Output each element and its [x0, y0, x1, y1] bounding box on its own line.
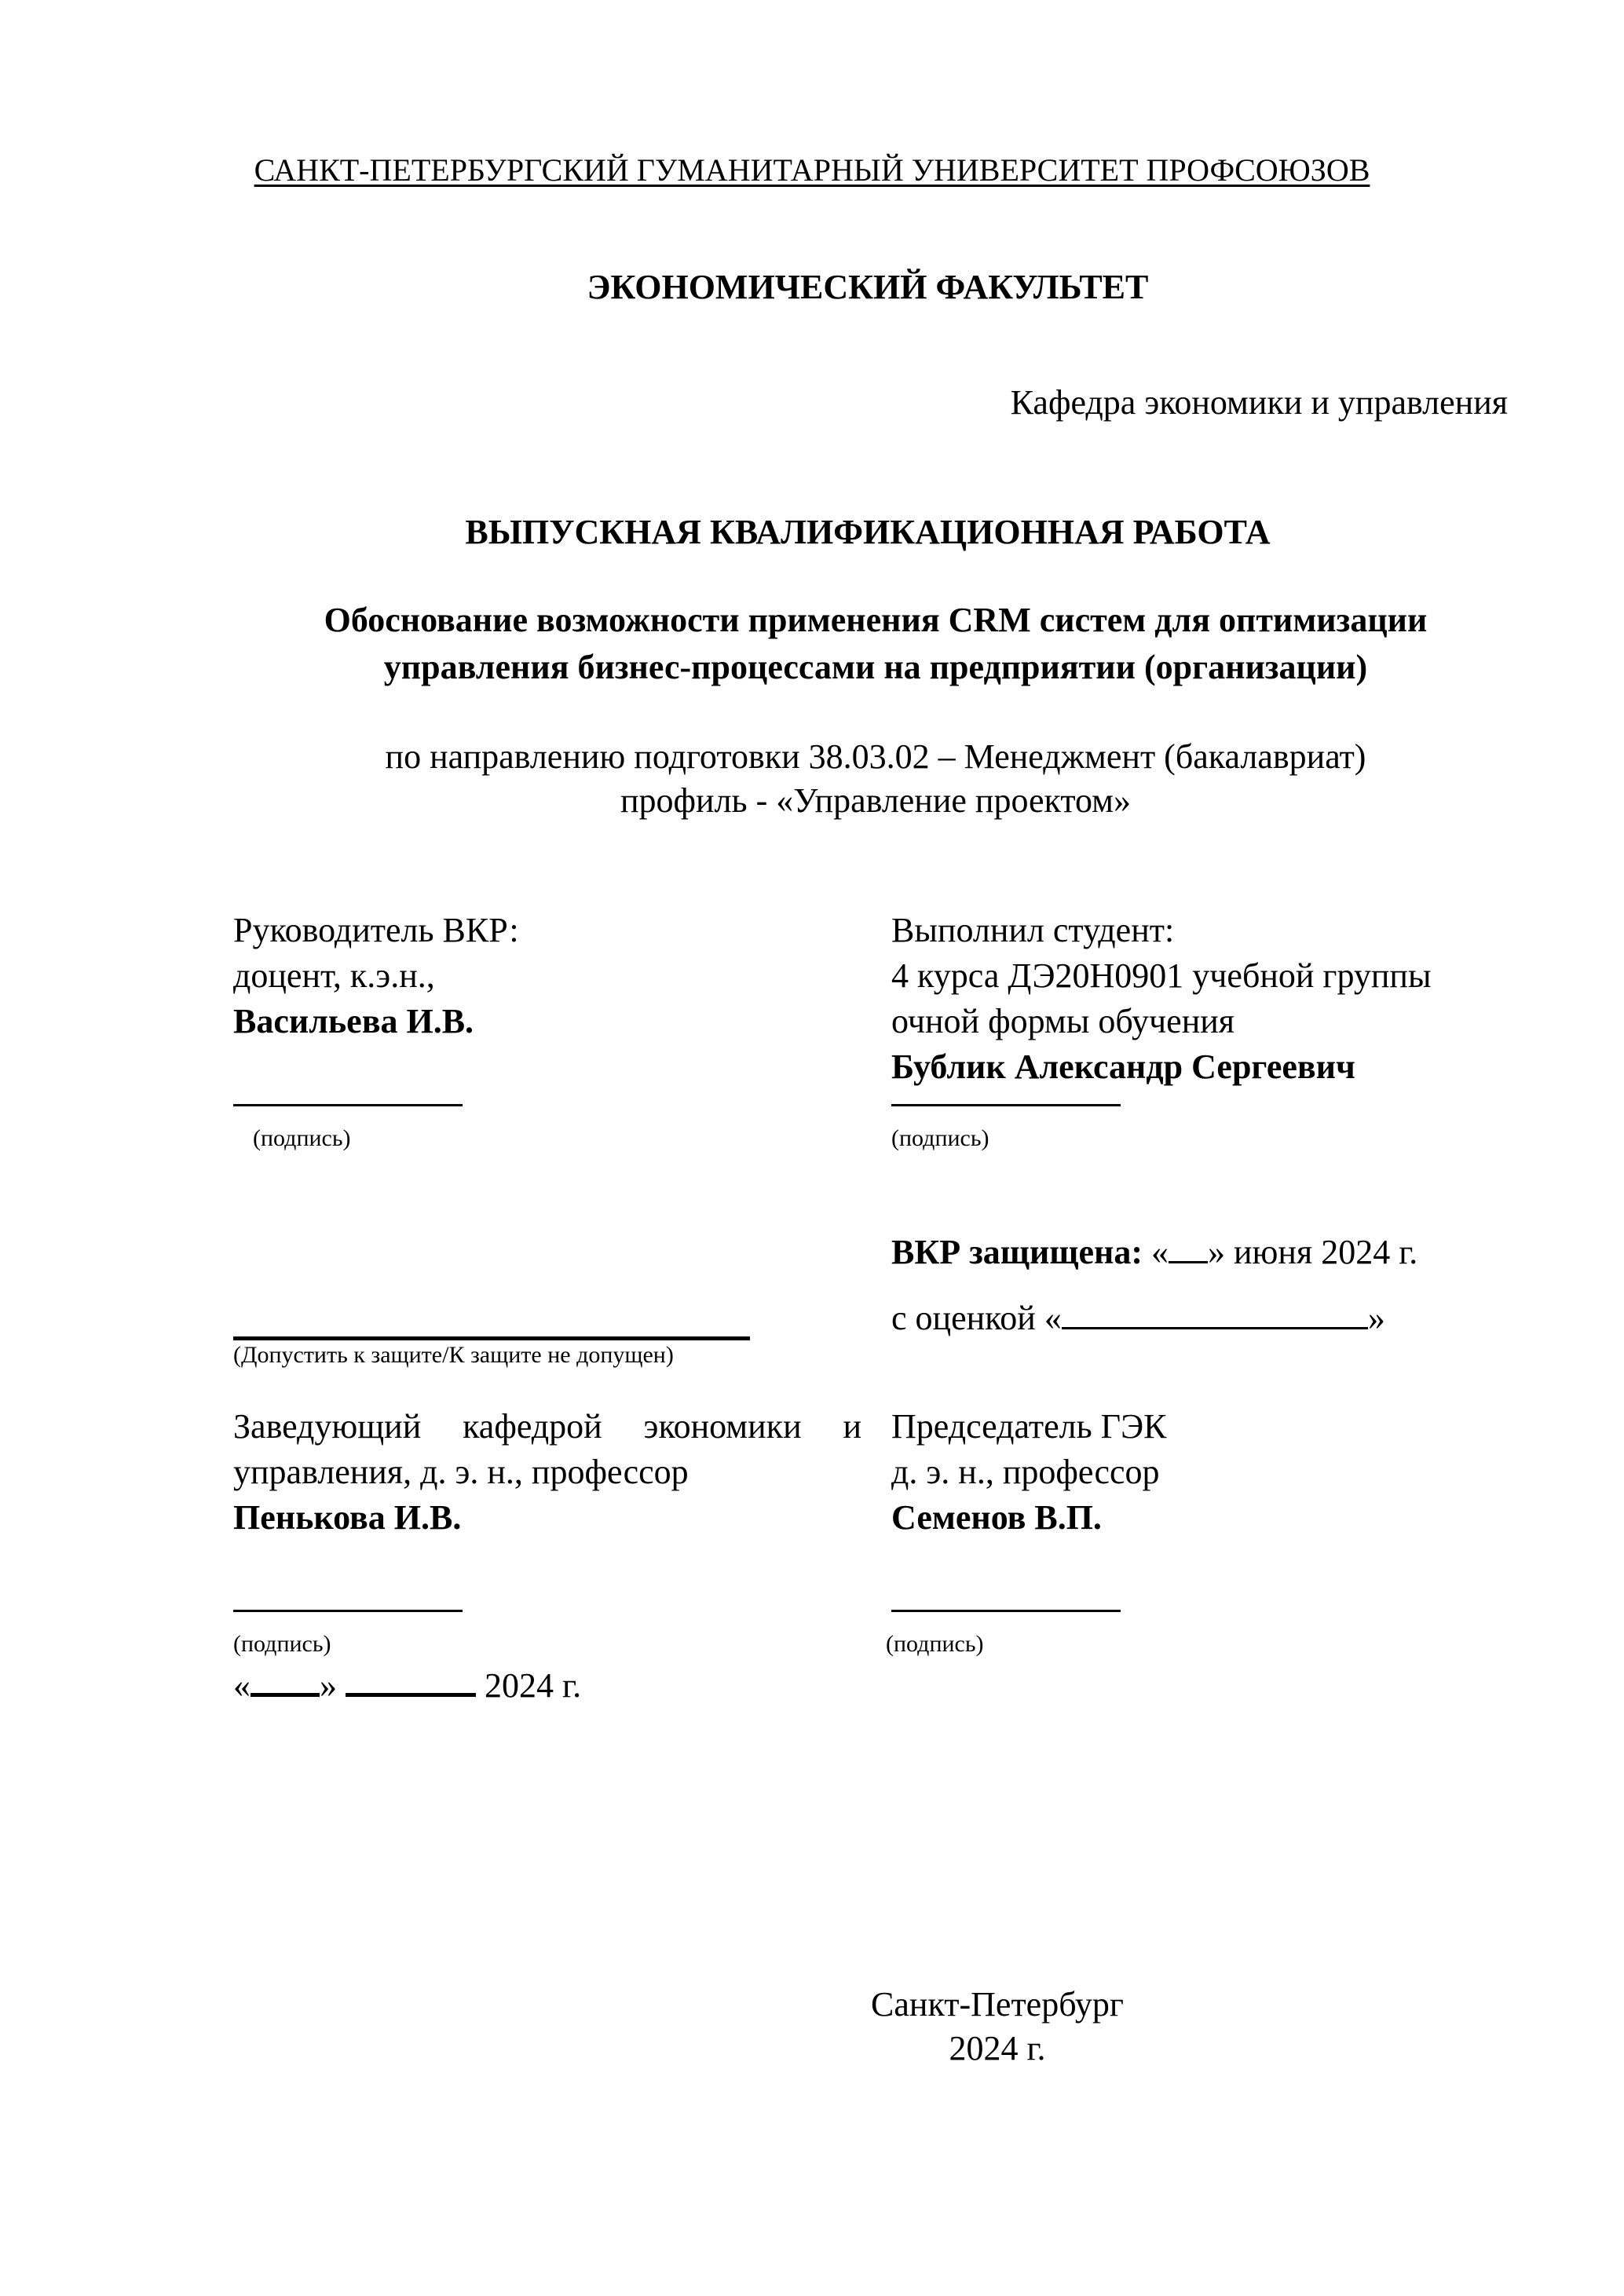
head-title-line-2: управления, д. э. н., профессор	[233, 1450, 861, 1495]
footer-block: Санкт-Петербург 2024 г.	[0, 1983, 1624, 2071]
gek-chair-name: Семенов В.П.	[891, 1495, 1167, 1541]
study-direction: по направлению подготовки 38.03.02 – Мен…	[0, 735, 1624, 779]
study-profile: профиль - «Управление проектом»	[0, 779, 1624, 823]
supervisor-block: Руководитель ВКР: доцент, к.э.н., Василь…	[233, 908, 519, 1044]
faculty-name: ЭКОНОМИЧЕСКИЙ ФАКУЛЬТЕТ	[0, 267, 1624, 307]
gek-signature-line	[891, 1602, 1121, 1616]
gek-chair-title: д. э. н., профессор	[891, 1450, 1167, 1495]
head-signature-line	[233, 1602, 463, 1616]
grade-label: с оценкой «	[891, 1299, 1062, 1337]
head-date-month-field[interactable]	[346, 1693, 476, 1697]
footer-year: 2024 г.	[0, 2027, 1624, 2071]
head-of-department-block: Заведующий кафедрой экономики и управлен…	[233, 1404, 861, 1541]
university-name: САНКТ-ПЕТЕРБУРГСКИЙ ГУМАНИТАРНЫЙ УНИВЕРС…	[0, 151, 1624, 190]
gek-chair-label: Председатель ГЭК	[891, 1404, 1167, 1450]
defense-open-quote: «	[1151, 1233, 1169, 1271]
department-name: Кафедра экономики и управления	[1011, 380, 1508, 426]
student-group: 4 курса ДЭ20Н0901 учебной группы	[891, 953, 1432, 999]
defense-grade-line: с оценкой «»	[891, 1296, 1385, 1341]
supervisor-title: доцент, к.э.н.,	[233, 953, 519, 999]
defense-label: ВКР защищена:	[891, 1233, 1143, 1271]
student-form: очной формы обучения	[891, 999, 1432, 1044]
footer-city: Санкт-Петербург	[0, 1983, 1624, 2027]
defense-date-line: ВКР защищена: «» июня 2024 г.	[891, 1230, 1417, 1275]
student-signature-caption: (подпись)	[891, 1124, 989, 1153]
thesis-topic: Обоснование возможности применения CRM с…	[0, 597, 1624, 691]
admission-caption: (Допустить к защите/К защите не допущен)	[233, 1341, 674, 1369]
head-signature-caption: (подпись)	[233, 1630, 331, 1658]
defense-close-quote: »	[1208, 1233, 1225, 1271]
student-label: Выполнил студент:	[891, 908, 1432, 953]
student-block: Выполнил студент: 4 курса ДЭ20Н0901 учеб…	[891, 908, 1432, 1090]
head-title-line-1: Заведующий кафедрой экономики и	[233, 1404, 861, 1450]
head-date-year: 2024 г.	[485, 1666, 581, 1705]
head-date-line: «» 2024 г.	[233, 1663, 581, 1709]
student-signature-line	[891, 1096, 1121, 1110]
head-date-open-quote: «	[233, 1666, 251, 1705]
grade-field[interactable]	[1062, 1327, 1368, 1329]
supervisor-signature-line	[233, 1096, 463, 1110]
gek-signature-caption: (подпись)	[886, 1630, 984, 1658]
study-direction-block: по направлению подготовки 38.03.02 – Мен…	[0, 735, 1624, 823]
head-name: Пенькова И.В.	[233, 1495, 861, 1541]
university-name-text: САНКТ-ПЕТЕРБУРГСКИЙ ГУМАНИТАРНЫЙ УНИВЕРС…	[254, 152, 1370, 188]
supervisor-label: Руководитель ВКР:	[233, 908, 519, 953]
defense-date-suffix: июня 2024 г.	[1234, 1233, 1417, 1271]
work-type: ВЫПУСКНАЯ КВАЛИФИКАЦИОННАЯ РАБОТА	[0, 512, 1624, 552]
grade-close-quote: »	[1368, 1299, 1385, 1337]
gek-chair-block: Председатель ГЭК д. э. н., профессор Сем…	[891, 1404, 1167, 1541]
head-date-day-field[interactable]	[251, 1693, 320, 1697]
thesis-topic-line-1: Обоснование возможности применения CRM с…	[0, 597, 1624, 644]
defense-day-field[interactable]	[1169, 1261, 1208, 1263]
supervisor-name: Васильева И.В.	[233, 999, 519, 1044]
student-name: Бублик Александр Сергеевич	[891, 1044, 1432, 1090]
thesis-topic-line-2: управления бизнес-процессами на предприя…	[0, 644, 1624, 691]
head-date-close-quote: »	[320, 1666, 337, 1705]
supervisor-signature-caption: (подпись)	[253, 1124, 351, 1153]
